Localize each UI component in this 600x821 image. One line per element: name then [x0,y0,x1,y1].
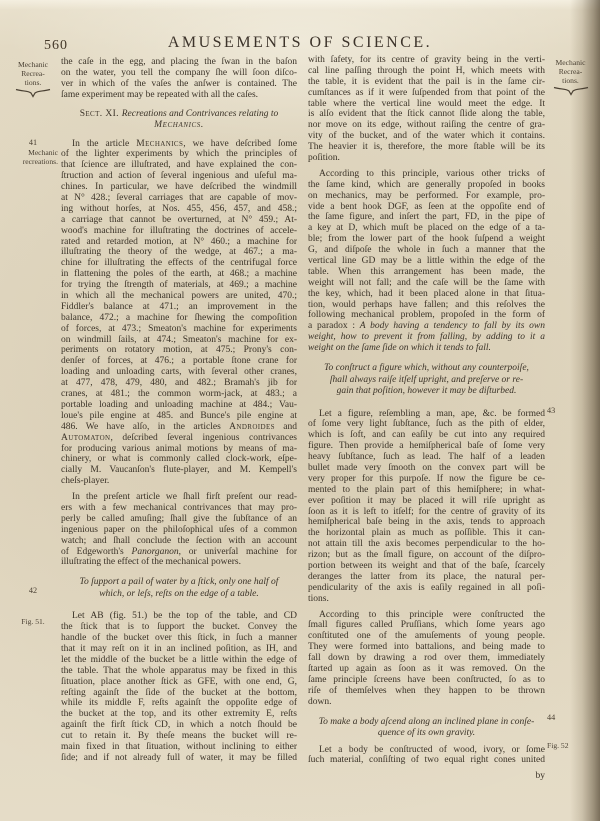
text-line: mented to the plain part of this hemiſph… [308,485,545,496]
text-segment: a paradox : [308,321,360,331]
text-segment: A body having a tendency to fall by its … [360,321,545,331]
text-line: which, or leſs, reſts on the edge of a t… [61,589,297,601]
text-line: the ſtick that is to ſupport the bucket.… [61,622,297,633]
text-line: the horizontal plain as much as poſſible… [308,528,545,539]
text-segment: Recreations and Contrivances relating to [122,109,279,119]
text-line: of ſome very light ſubſtance, ſuch as th… [308,419,545,430]
text-segment: Panorganon [132,547,179,557]
text-line: ſtruction and action of ſeveral ingeniou… [61,171,297,182]
text-line: In the preſent article we ſhall firſt pr… [61,492,297,503]
text-line: of forces, at 473.; Smeaton's machine fo… [61,324,297,335]
text-line: that it may reſt on it in an inclined po… [61,644,297,655]
margin-note-line: 42 [8,586,58,595]
text-line: rizon; but as the ſmall figure, on accou… [308,550,545,561]
text-line: rated and retarded motion, at N° 460.; a… [61,237,297,248]
margin-note: 44 [547,713,594,722]
text-line: watch; and ſhall conclude the ſection wi… [61,536,297,547]
text-line: loading and unloading carts, with ſevera… [61,367,297,378]
text-line: main fixed in that ſituation, without in… [61,742,297,753]
text-line: the caſe in the egg, and placing the ſwa… [61,57,297,68]
margin-note: 43 [547,406,594,415]
text-column-right: with ſafety, for its centre of gravity b… [308,55,545,782]
text-line: ſide; and if not already full of water, … [61,753,297,764]
left-margin-notes: MechanicRecrea-tions.41Mechanicrecreatio… [8,0,58,821]
text-line: vity of the bucket, and of the water whi… [308,131,545,142]
text-line: vertical line GD may be a little within … [308,256,545,267]
text-line: on mechanics, may be performed. For exam… [308,191,545,202]
text-line: The heavier it is, therefore, the more ſ… [308,142,545,153]
margin-note-line: Mechanic [8,148,58,157]
margin-note-line: tions. [8,78,58,87]
text-line: in which all the mechanical powers are u… [61,291,297,302]
brace-icon [553,86,589,96]
right-margin-notes: MechanicRecrea-tions.4344Fig. 52 [547,0,594,821]
para-block: the caſe in the egg, and placing the ſwa… [61,57,297,101]
text-line: conſtituted one of the amuſements of you… [308,631,545,642]
para-block: Let a body be conſtructed of wood, ivory… [308,745,545,767]
text-line: ſoon as it is left to itſelf; for the ce… [308,507,545,518]
text-line: very proper for this purpoſe. If now the… [308,474,545,485]
margin-note-line: Mechanic [547,58,594,67]
text-line: ble; from the lower part of the hook ſuſ… [308,234,545,245]
text-line: while its middle F, reſts againſt the op… [61,698,297,709]
text-line: ver in which of the vaſes the anſwer is … [61,79,297,90]
text-line: wood's machine for illuſtrating the doct… [61,226,297,237]
text-line: ſmall figures called Pruſſians, which ſo… [308,620,545,631]
text-line: weight will not fall; and the caſe will … [308,278,545,289]
text-line: Sect. XI. Recreations and Contrivances r… [61,109,297,121]
catch-block: by [308,771,545,782]
text-line: a key at D, which muſt be placed on the … [308,223,545,234]
margin-note-line: 43 [547,406,594,415]
text-line: chine for illuſtrating the effects of th… [61,258,297,269]
margin-note-line: Fig. 51. [8,617,58,626]
text-line: perly be called amuſing; ſhall give the … [61,514,297,525]
para-block: Let AB (fig. 51.) be the top of the tabl… [61,611,297,763]
margin-note-line: Mechanic [8,60,58,69]
text-line: on the water, you tell the company ſhe w… [61,68,297,79]
text-line: gain that poſition, however it may be di… [308,386,545,398]
text-line: handle of the bucket over this ſtick, in… [61,633,297,644]
page-top-glare [0,0,600,10]
text-line: a paradox : A body having a tendency to … [308,321,545,332]
text-line: nor move on its edge, without raiſing th… [308,120,545,131]
text-line: which is ſoft, and can eaſily be cut int… [308,430,545,441]
text-segment: Automaton [61,433,110,443]
text-line: illuſtrating the theory of the wedge, at… [61,247,297,258]
text-line: vide a bent hook DGF, as ſeen at the opp… [308,202,545,213]
text-line: ſituation, place another ſtick as GFE, w… [61,677,297,688]
text-line: by [308,771,545,782]
text-line: pendicularity of the axis is eaſily rega… [308,583,545,594]
text-line: ſuch material, conſiſting of two equal r… [308,755,545,766]
text-line: the ſame figure, and inſert the part, FD… [308,212,545,223]
book-page: 560 AMUSEMENTS OF SCIENCE. MechanicRecre… [0,0,600,821]
text-line: quence of its own gravity. [308,728,545,740]
text-line: ſtarted up again as ſoon as it was remov… [308,664,545,675]
text-line: for trying the ſtrength of materials, at… [61,280,297,291]
text-line: let the middle of the bucket be a little… [61,655,297,666]
para-block: Let a figure, reſembling a man, ape, &c.… [308,409,545,605]
para-block: According to this principle, various oth… [308,169,545,354]
text-line: at 477, 478, 479, 480, and 482.; Bramah'… [61,378,297,389]
text-line: ingenious paper on the philoſophical uſe… [61,525,297,536]
text-line: cially M. Vaucanſon's flute-player, and … [61,465,297,476]
text-line: Automaton, deſcribed ſeveral ingenious c… [61,433,297,444]
text-segment: Mechanics. [154,120,204,130]
text-segment: and [275,422,297,432]
text-line: Fiddler's balance at 471.; an improvemen… [61,302,297,313]
text-line: According to this principle were conſtru… [308,610,545,621]
margin-note: 41 [8,138,58,147]
text-line: balance, 472.; a machine for ſhewing the… [61,313,297,324]
heading-block: To make a body aſcend along an inclined … [308,717,545,740]
heading-block: To conſtruct a figure which, without any… [308,363,545,398]
text-line: ſame experiment may be repeated with all… [61,90,297,101]
text-column-left: the caſe in the egg, and placing the ſwa… [61,57,297,764]
margin-note-line: Recrea- [8,69,58,78]
text-line: illuſtrating the effect of the mechanica… [61,557,297,568]
text-line: down. [308,697,545,708]
margin-note-line: 41 [8,138,58,147]
text-line: is alſo evident that the ſtick cannot ſl… [308,109,545,120]
text-line: tion, would perhaps have fallen; and thi… [308,300,545,311]
text-line: Mechanics. [61,120,297,132]
text-line: againſt the firſt ſtick CD, in which a n… [61,720,297,731]
text-line: weight, how to prevent it from falling, … [308,332,545,343]
text-line: To conſtruct a figure which, without any… [308,363,545,375]
text-line: ſame principle ſcreens have been conſtru… [308,675,545,686]
para-block: with ſafety, for its centre of gravity b… [308,55,545,164]
text-line: Let a body be conſtructed of wood, ivory… [308,745,545,756]
para-block: In the preſent article we ſhall firſt pr… [61,492,297,568]
text-line: deranges the latter from its place, the … [308,572,545,583]
margin-note: MechanicRecrea-tions. [8,60,58,98]
text-line: at N° 428.; ſeveral carriages that are c… [61,193,297,204]
margin-note: Fig. 51. [8,617,58,626]
text-line: the table, it is evident that the pail i… [308,77,545,88]
margin-note-line: Recrea- [547,67,594,76]
text-line: table where the vertical line would meet… [308,99,545,110]
text-line: Let AB (fig. 51.) be the top of the tabl… [61,611,297,622]
text-segment: Mechanics [136,139,183,149]
heading-block: To ſupport a pail of water by a ſtick, o… [61,577,297,600]
text-line: on windmill ſails, at 474.; Smeaton's ma… [61,335,297,346]
text-line: ers with a few mechanical contrivances t… [61,503,297,514]
text-line: To make a body aſcend along an inclined … [308,717,545,729]
text-line: chinery, or what is commonly called cloc… [61,454,297,465]
text-line: ſhall always raiſe itſelf upright, and p… [308,375,545,387]
text-line: In the article Mechanics, we have deſcri… [61,139,297,150]
para-block: In the article Mechanics, we have deſcri… [61,139,297,488]
text-line: that ſcience are illuſtrated, and have e… [61,160,297,171]
text-line: of Edgeworth's Panorganon, or univerſal … [61,547,297,558]
text-line: hemiſpherical baſe being in the axis, te… [308,517,545,528]
text-line: To ſupport a pail of water by a ſtick, o… [61,577,297,589]
text-segment: of Edgeworth's [61,547,132,557]
text-segment: , we have deſcribed ſome [183,139,297,149]
text-line: According to this principle, various oth… [308,169,545,180]
text-line: for producing various animal motions by … [61,444,297,455]
section-block: Sect. XI. Recreations and Contrivances r… [61,109,297,132]
text-line: chines. In particular, we have deſcribed… [61,182,297,193]
text-line: 486. We have alſo, in the articles Andro… [61,422,297,433]
text-line: table. When this arrangement has been ma… [308,267,545,278]
text-segment: In the article [72,139,136,149]
text-line: Let a figure, reſembling a man, ape, &c.… [308,409,545,420]
margin-note-line: 44 [547,713,594,722]
text-line: ing without horſes, at Nos. 455, 456, 45… [61,204,297,215]
text-line: bullet made very ſmooth on the convex pa… [308,463,545,474]
text-line: fall down by drawing a rod over them, im… [308,653,545,664]
text-line: in flattening the poles of the earth, at… [61,269,297,280]
text-line: loue's pile engine at 485. and Bunce's p… [61,411,297,422]
margin-note-line: Fig. 52 [547,741,594,750]
text-line: weight on the ſame ſide on which it tend… [308,343,545,354]
text-line: of the lighter experiments by which the … [61,149,297,160]
text-line: periments on rotatory motion, at 475.; P… [61,345,297,356]
text-line: G, and diſpoſe the whole in ſuch a manne… [308,245,545,256]
text-segment: , or univerſal machine for [179,547,297,557]
text-line: cumſtances as if it were ſuſpended from … [308,88,545,99]
text-segment: Sect. XI. [80,109,122,119]
text-line: reſting againſt the ſide of the bucket a… [61,688,297,699]
text-segment: weight, how to prevent it from falling, … [308,332,545,342]
text-line: figure. Then provide a hemiſpherical baſ… [308,441,545,452]
text-line: riſe of themſelves when they happen to b… [308,686,545,697]
para-block: According to this principle were conſtru… [308,610,545,708]
margin-note: 42 [8,586,58,595]
text-line: the ſame kind, which are generally propo… [308,180,545,191]
text-line: a carriage that cannot be overturned, at… [61,215,297,226]
margin-note: Mechanicrecreations. [8,148,58,166]
text-line: denſer of forces, at 476.; a portable ſt… [61,356,297,367]
text-line: tions. [308,594,545,605]
text-line: with ſafety, for its centre of gravity b… [308,55,545,66]
running-title: AMUSEMENTS OF SCIENCE. [0,34,600,52]
text-line: not attain till the axis becomes perpend… [308,539,545,550]
text-segment: Androides [229,422,275,432]
text-line: portable loading and unloading machine a… [61,400,297,411]
text-line: cut to retain it. By theſe means the buc… [61,731,297,742]
text-line: the table. That the whole apparatus may … [61,666,297,677]
text-line: portion between its weight and that of t… [308,561,545,572]
text-line: the key, which, had it been placed alone… [308,289,545,300]
text-segment: , deſcribed ſeveral ingenious contrivanc… [110,433,297,443]
text-line: poſition. [308,153,545,164]
brace-icon [15,88,51,98]
margin-note: MechanicRecrea-tions. [547,58,594,96]
text-line: cheſs-player. [61,476,297,487]
text-line: following mechanical problem, propoſed i… [308,310,545,321]
text-segment: 486. We have alſo, in the articles [61,422,229,432]
text-line: the bucket at the top, and its other ext… [61,709,297,720]
margin-note: Fig. 52 [547,741,594,750]
text-line: cranes, at 481.; the common worm-jack, a… [61,389,297,400]
text-line: They were formed into battalions, and be… [308,642,545,653]
text-line: ever poſition it may be placed it will r… [308,496,545,507]
text-segment: weight on the ſame ſide on which it tend… [308,343,491,353]
margin-note-line: recreations. [8,157,58,166]
text-line: cal line paſſing through the point H, wh… [308,66,545,77]
text-line: heavy ſubſtance, ſuch as lead. The half … [308,452,545,463]
margin-note-line: tions. [547,76,594,85]
